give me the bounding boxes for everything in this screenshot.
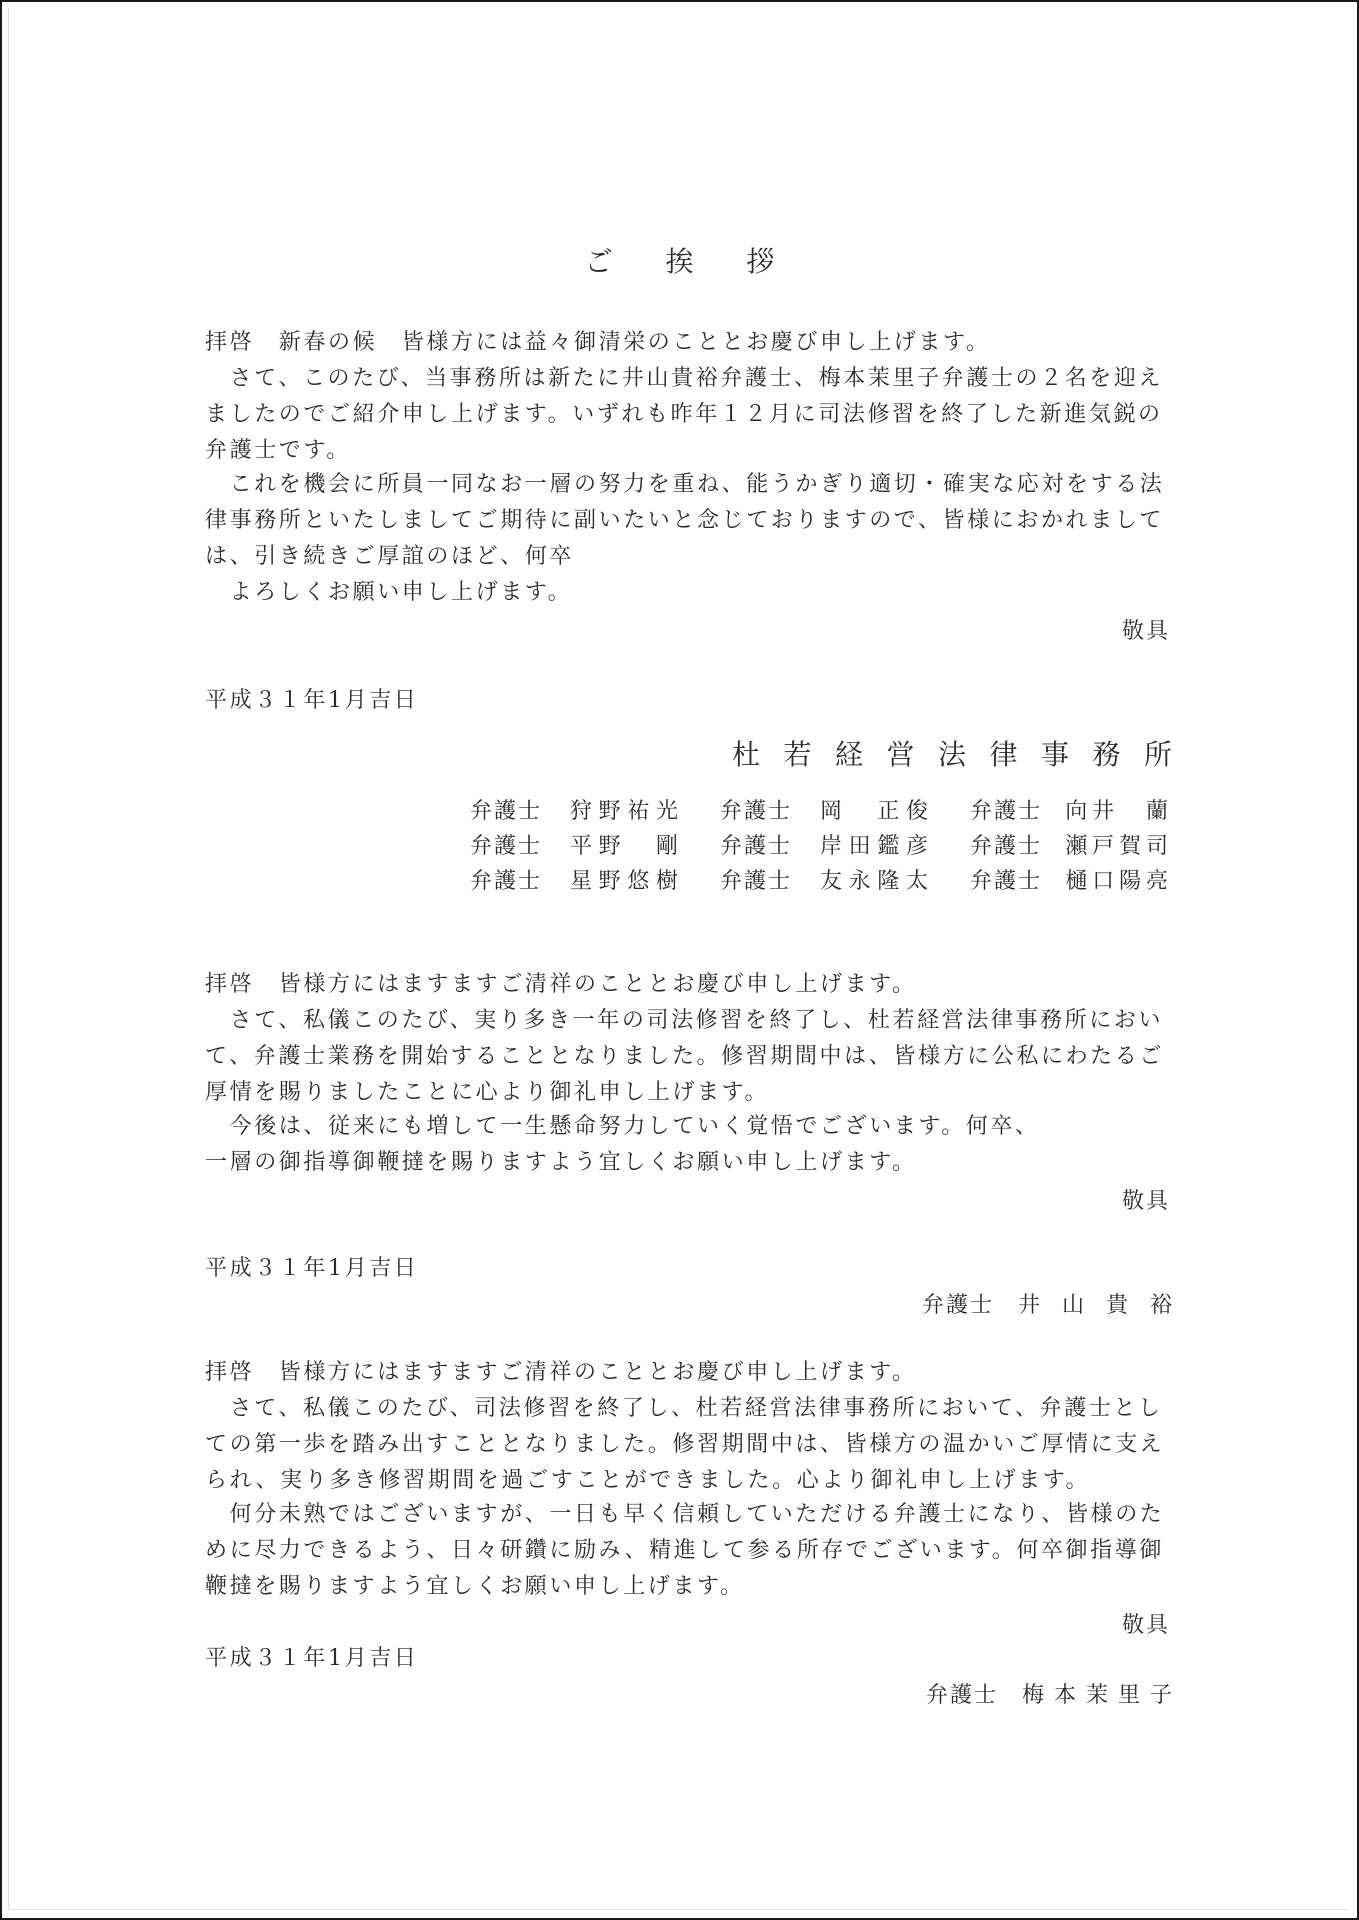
closing-keigu: 敬具 bbox=[1122, 1184, 1170, 1215]
scan-edge bbox=[8, 1909, 1348, 1910]
scan-edge bbox=[8, 8, 9, 1908]
lawyer-entry: 弁護士 瀬戸賀司 bbox=[970, 829, 1170, 860]
lawyer-name: 瀬戸賀司 bbox=[1065, 829, 1170, 860]
roster-row: 弁護士 星野悠樹 弁護士 友永隆太 弁護士 樋口陽亮 bbox=[470, 862, 1170, 897]
signature-role: 弁護士 bbox=[926, 1678, 998, 1709]
lawyer-entry: 弁護士 友永隆太 bbox=[720, 864, 970, 895]
closing-keigu: 敬具 bbox=[1122, 614, 1170, 645]
lawyer-entry: 弁護士 岸田鑑彦 bbox=[720, 829, 970, 860]
lawyer-name: 岸田鑑彦 bbox=[820, 829, 930, 860]
body-line: られ、実り多き修習期間を過ごすことができました。心より御礼申し上げます。 bbox=[205, 1466, 1090, 1496]
lawyer-role: 弁護士 bbox=[970, 829, 1065, 860]
lawyer-roster: 弁護士 狩野祐光 弁護士 岡 正俊 弁護士 向井 蘭 弁護士 平野 剛 弁護士 … bbox=[470, 792, 1170, 897]
body-line: さて、私儀このたび、司法修習を終了し、杜若経営法律事務所において、弁護士とし bbox=[205, 1394, 1163, 1424]
lawyer-role: 弁護士 bbox=[470, 829, 570, 860]
body-line: 拝啓 新春の候 皆様方には益々御清栄のこととお慶び申し上げます。 bbox=[205, 328, 990, 358]
firm-name: 杜若経営法律事務所 bbox=[732, 733, 1196, 773]
lawyer-name: 平野 剛 bbox=[570, 829, 680, 860]
body-line: 拝啓 皆様方にはますますご清祥のこととお慶び申し上げます。 bbox=[205, 970, 917, 1000]
body-line: めに尽力できるよう、日々研鑽に励み、精進して参る所存でございます。何卒御指導御 bbox=[205, 1536, 1164, 1566]
body-line: 今後は、従来にも増して一生懸命努力していく覚悟でございます。何卒、 bbox=[205, 1112, 1040, 1142]
date-line: 平成３１年1月吉日 bbox=[205, 686, 418, 716]
signature-name: 井山貴裕 bbox=[1018, 1288, 1194, 1319]
lawyer-entry: 弁護士 樋口陽亮 bbox=[970, 864, 1170, 895]
lawyer-name: 友永隆太 bbox=[820, 864, 930, 895]
lawyer-entry: 弁護士 星野悠樹 bbox=[470, 864, 720, 895]
lawyer-name: 樋口陽亮 bbox=[1065, 864, 1170, 895]
lawyer-name: 岡 正俊 bbox=[820, 794, 930, 825]
roster-row: 弁護士 平野 剛 弁護士 岸田鑑彦 弁護士 瀬戸賀司 bbox=[470, 827, 1170, 862]
body-line: 鞭撻を賜りますよう宜しくお願い申し上げます。 bbox=[205, 1572, 744, 1602]
body-line: さて、私儀このたび、実り多き一年の司法修習を終了し、杜若経営法律事務所におい bbox=[205, 1006, 1163, 1036]
body-line: ての第一歩を踏み出すこととなりました。修習期間中は、皆様方の温かいご厚情に支え bbox=[205, 1430, 1164, 1460]
body-line: さて、このたび、当事務所は新たに井山貴裕弁護士、梅本茉里子弁護士の２名を迎え bbox=[205, 364, 1163, 394]
lawyer-entry: 弁護士 岡 正俊 bbox=[720, 794, 970, 825]
lawyer-role: 弁護士 bbox=[470, 864, 570, 895]
body-line: 一層の御指導御鞭撻を賜りますよう宜しくお願い申し上げます。 bbox=[205, 1148, 917, 1178]
body-line: 何分未熟ではございますが、一日も早く信頼していただける弁護士になり、皆様のた bbox=[205, 1500, 1164, 1530]
document-title: ご 挨 拶 bbox=[0, 240, 1359, 280]
lawyer-role: 弁護士 bbox=[970, 794, 1065, 825]
lawyer-name: 向井 蘭 bbox=[1065, 794, 1170, 825]
body-line: は、引き続きご厚誼のほど、何卒 bbox=[205, 542, 574, 572]
lawyer-role: 弁護士 bbox=[720, 864, 820, 895]
signature-role: 弁護士 bbox=[922, 1288, 994, 1319]
roster-row: 弁護士 狩野祐光 弁護士 岡 正俊 弁護士 向井 蘭 bbox=[470, 792, 1170, 827]
signature-iyama: 弁護士 井山貴裕 bbox=[922, 1288, 1172, 1319]
body-line: よろしくお願い申し上げます。 bbox=[205, 578, 572, 608]
lawyer-role: 弁護士 bbox=[720, 829, 820, 860]
signature-umemoto: 弁護士 梅本茉里子 bbox=[926, 1678, 1172, 1709]
lawyer-role: 弁護士 bbox=[470, 794, 570, 825]
body-line: 弁護士です。 bbox=[205, 436, 351, 466]
body-line: 律事務所といたしましてご期待に副いたいと念じておりますので、皆様におかれまして bbox=[205, 506, 1164, 536]
lawyer-name: 狩野祐光 bbox=[570, 794, 680, 825]
lawyer-role: 弁護士 bbox=[720, 794, 820, 825]
lawyer-entry: 弁護士 狩野祐光 bbox=[470, 794, 720, 825]
body-line: て、弁護士業務を開始することとなりました。修習期間中は、皆様方に公私にわたるご bbox=[205, 1042, 1164, 1072]
lawyer-entry: 弁護士 平野 剛 bbox=[470, 829, 720, 860]
body-line: 拝啓 皆様方にはますますご清祥のこととお慶び申し上げます。 bbox=[205, 1358, 917, 1388]
body-line: ましたのでご紹介申し上げます。いずれも昨年１２月に司法修習を終了した新進気鋭の bbox=[205, 400, 1163, 430]
body-line: 厚情を賜りましたことに心より御礼申し上げます。 bbox=[205, 1078, 769, 1108]
body-line: これを機会に所員一同なお一層の努力を重ね、能うかぎり適切・確実な応対をする法 bbox=[205, 470, 1164, 500]
lawyer-role: 弁護士 bbox=[970, 864, 1065, 895]
closing-keigu: 敬具 bbox=[1122, 1608, 1170, 1639]
date-line: 平成３１年1月吉日 bbox=[205, 1254, 418, 1284]
lawyer-entry: 弁護士 向井 蘭 bbox=[970, 794, 1170, 825]
date-line: 平成３１年1月吉日 bbox=[205, 1644, 418, 1674]
lawyer-name: 星野悠樹 bbox=[570, 864, 680, 895]
signature-name: 梅本茉里子 bbox=[1022, 1678, 1182, 1709]
